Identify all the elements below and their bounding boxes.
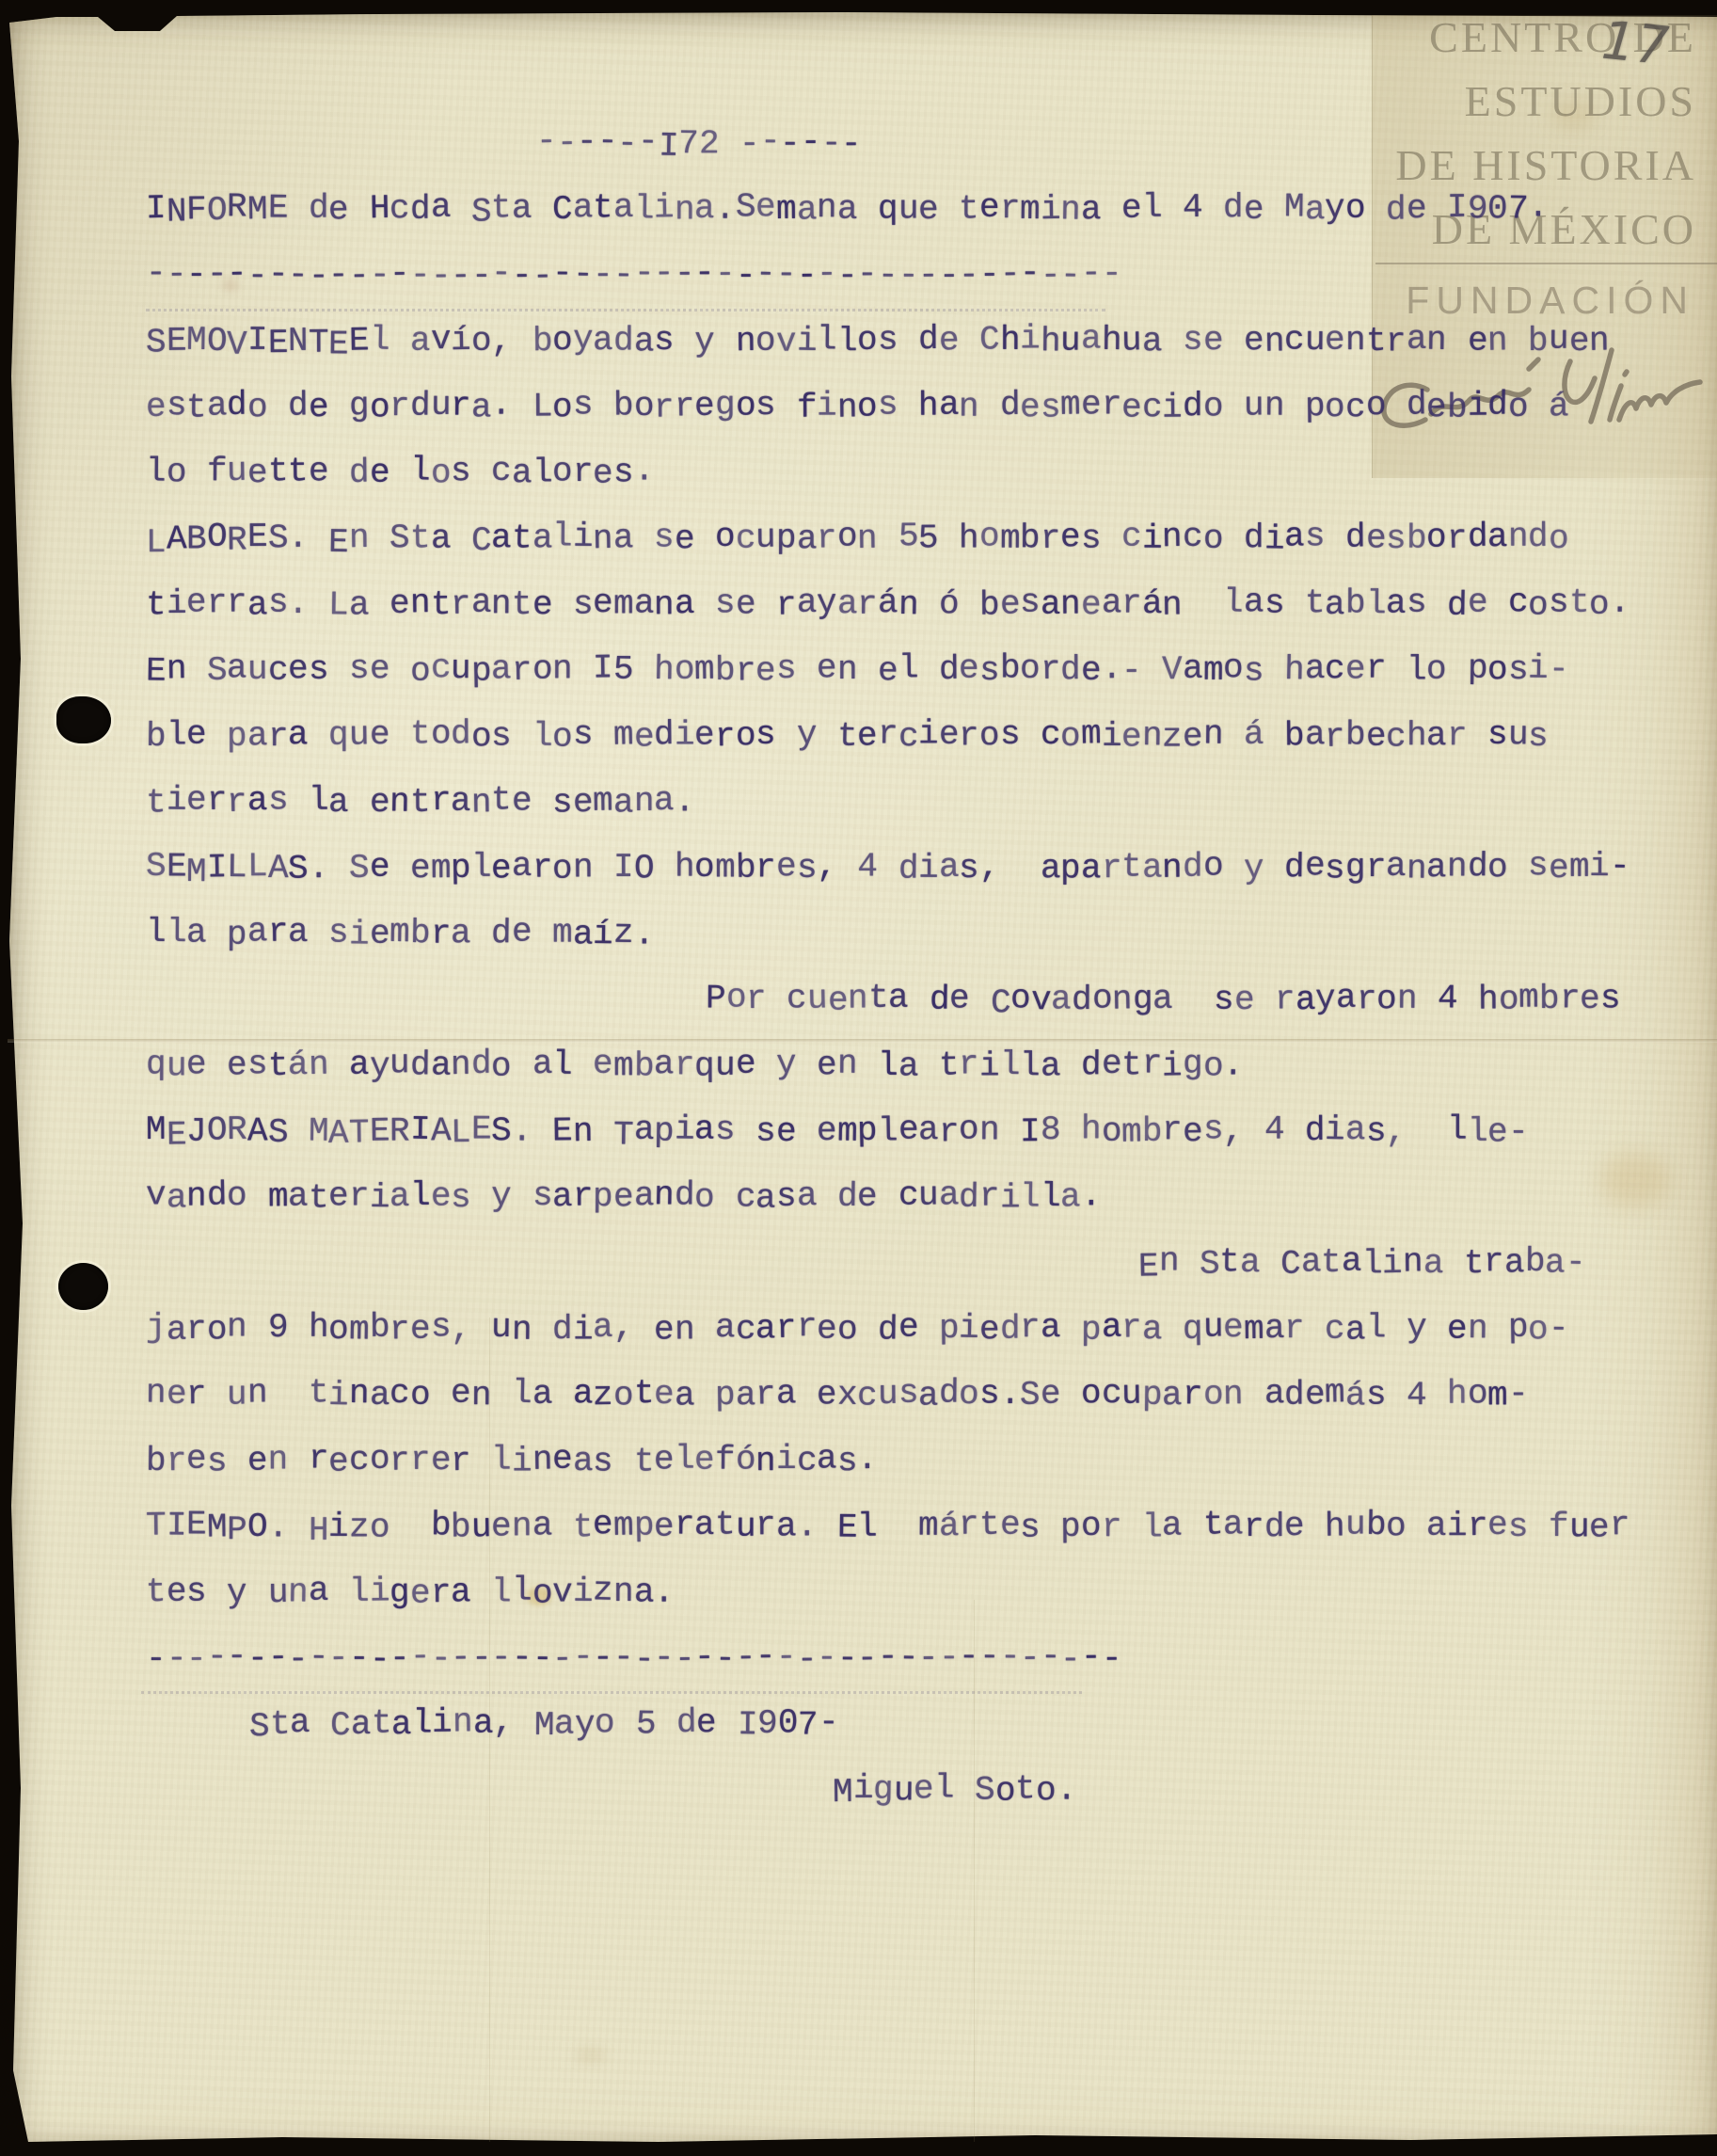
body-line: tes y una ligera llovizna. bbox=[146, 1559, 1689, 1625]
punch-hole-top bbox=[56, 696, 111, 743]
body-line: ble para que todos los medieros y tercie… bbox=[146, 703, 1689, 769]
body-line: En Sauces se ocuparon I5 hombres en el d… bbox=[146, 637, 1689, 703]
scanned-document-page: CENTRO DE ESTUDIOS DE HISTORIA DE MÉXICO… bbox=[0, 0, 1717, 2156]
body-line: que están ayudando al embarque y en la t… bbox=[146, 1032, 1689, 1098]
body-line: lo fuette de los calores. bbox=[146, 439, 1689, 505]
body-line: MEJORAS MATERIALES. En Tapias se emplear… bbox=[146, 1098, 1689, 1164]
typed-document: ------I72 ------INFORME de Hcda Sta Cata… bbox=[146, 110, 1689, 1823]
separator-line-bottom: ----------------------------------------… bbox=[146, 1625, 1689, 1691]
body-line: SEMOVIENTEEl avío, boyadas y novillos de… bbox=[146, 308, 1689, 374]
body-line: vando materiales y sarpeando casa de cua… bbox=[146, 1164, 1689, 1230]
body-line: tierras la entrante semana. bbox=[146, 769, 1689, 835]
body-line: estado de gordura. Los borregos finos ha… bbox=[146, 374, 1689, 439]
body-line: lla para siembra de maíz. bbox=[146, 901, 1689, 966]
body-line: Por cuenta de Covadonga se rayaron 4 hom… bbox=[146, 966, 1689, 1032]
body-line: LABORES. En Sta Catalina se ocuparon 55 … bbox=[146, 505, 1689, 571]
body-line: ner un tinaco en la azotea para excusado… bbox=[146, 1362, 1689, 1428]
body-line: TIEMPO. Hizo bbuena temperatura. El márt… bbox=[146, 1493, 1689, 1559]
title-line: INFORME de Hcda Sta Catalina.Semana que … bbox=[146, 176, 1689, 242]
body-line: tierras. La entrante semana se rayarán ó… bbox=[146, 571, 1689, 637]
punch-hole-bottom bbox=[58, 1263, 108, 1310]
body-line: SEMILLAS. Se emplearon IO hombres, 4 dia… bbox=[146, 835, 1689, 901]
page-number-line: ------I72 ------ bbox=[146, 110, 1689, 176]
separator-line-top: ----------------------------------------… bbox=[146, 242, 1689, 308]
signature-line: Miguel Soto. bbox=[146, 1757, 1689, 1823]
body-line: jaron 9 hombres, un dia, en acarreo de p… bbox=[146, 1296, 1689, 1362]
body-line: bres en recorrer lineas telefónicas. bbox=[146, 1428, 1689, 1493]
body-line: En Sta Catalina traba- bbox=[146, 1230, 1689, 1296]
date-line: Sta Catalina, Mayo 5 de I907- bbox=[146, 1691, 1689, 1757]
